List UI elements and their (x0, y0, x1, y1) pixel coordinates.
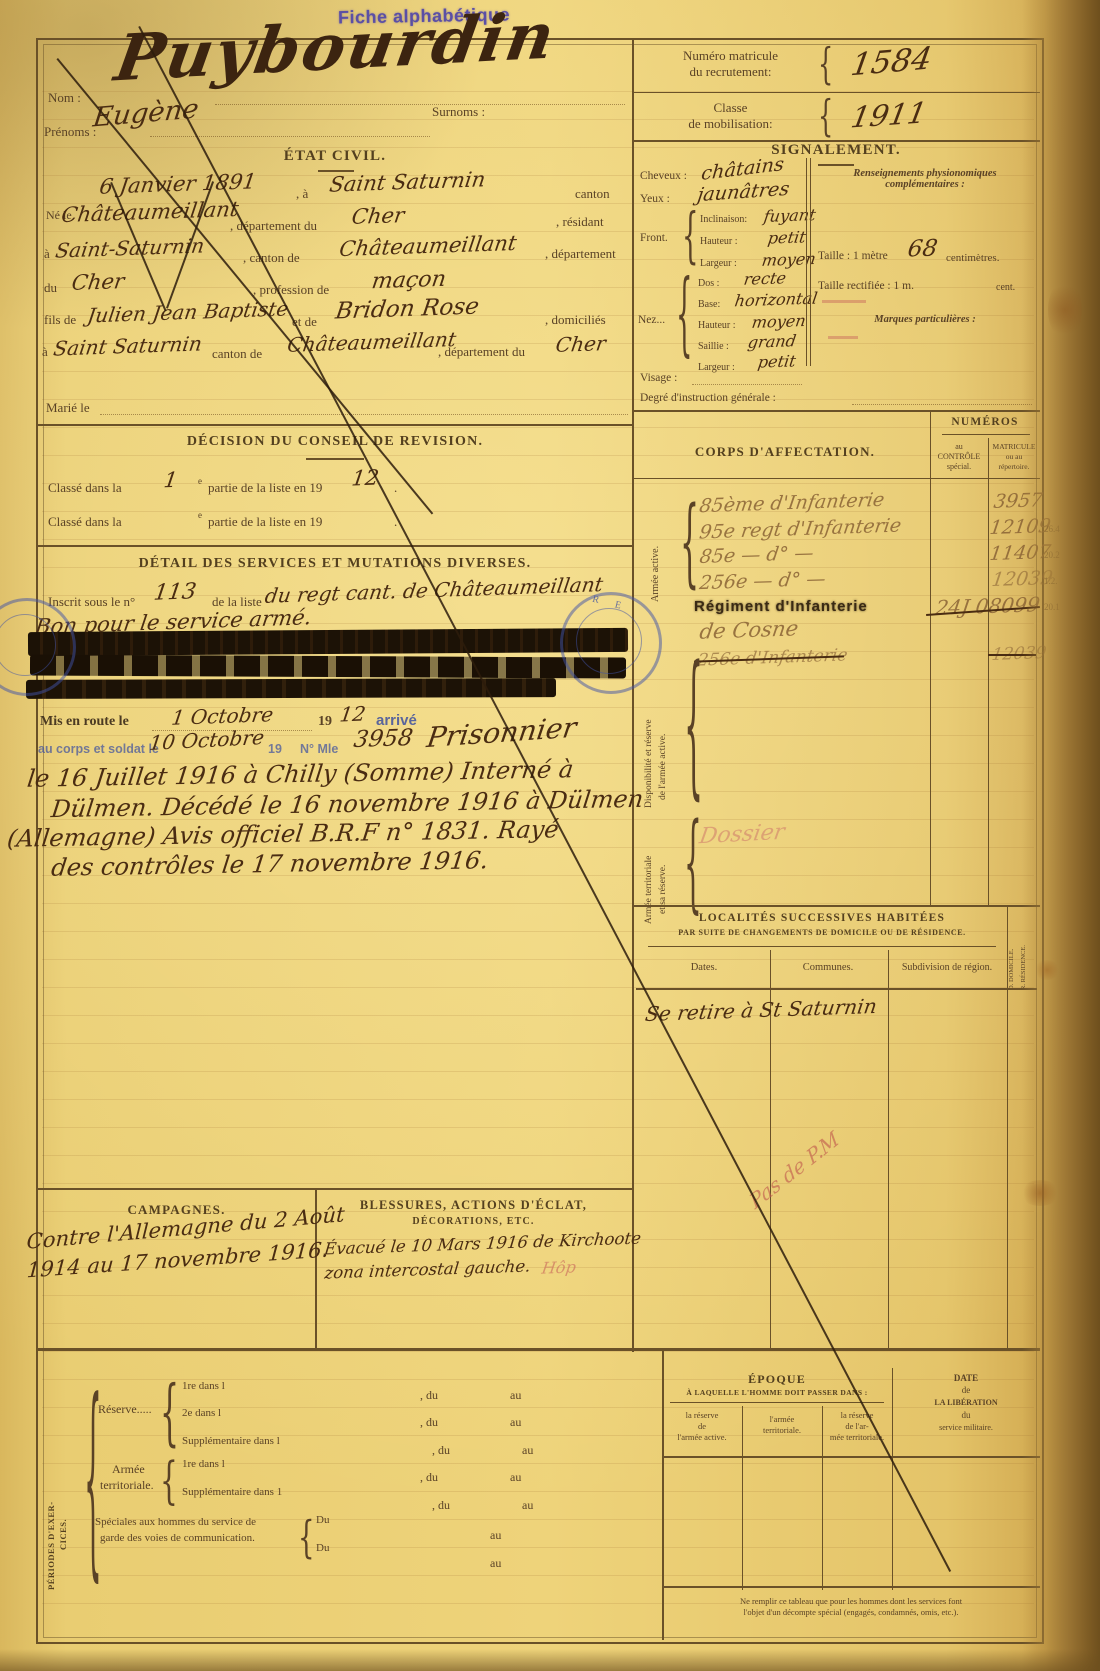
front-label: Front. (640, 232, 668, 244)
red-mark-2 (828, 336, 858, 339)
date-l5: service militaire. (939, 1423, 993, 1432)
etat-civil-title: ÉTAT CIVIL. (38, 148, 632, 165)
au-row-5: au (522, 1498, 533, 1513)
corps-col-divider-1 (930, 412, 931, 906)
epoque-header-bottom (662, 1456, 1040, 1458)
corps-row4-name: 256e — d° — (698, 568, 827, 594)
controle-line1: au (955, 442, 963, 451)
inscrit-label: Inscrit sous le n° (48, 594, 135, 610)
localites-header-bottom (636, 988, 1037, 990)
controle-line2: CONTRÔLE (938, 452, 981, 461)
front-hauteur-label: Hauteur : (700, 236, 738, 247)
au-row-6: au (490, 1528, 501, 1543)
marie-blank-line (100, 414, 628, 415)
signalement-inner-divider-1 (806, 158, 807, 366)
reserve-label: Réserve..... (98, 1402, 152, 1417)
domicilies-label: , domiciliés (545, 312, 606, 328)
epoque-col1-l2: de (698, 1421, 706, 1431)
partie-liste-label-2: partie de la liste en 19 (208, 514, 322, 530)
corps-19-stamp: 19 (268, 742, 282, 756)
front-largeur-label: Largeur : (700, 258, 737, 269)
taille-rectifiee-label: Taille rectifiée : 1 m. (818, 280, 914, 292)
matricule-col-line3: répertoire. (998, 462, 1029, 471)
date-l1: DATE (954, 1373, 978, 1383)
au-row-1: au (510, 1388, 521, 1403)
speciales-label-line1: Spéciales aux hommes du service de (95, 1516, 256, 1528)
classe-dans-la-label-1: Classé dans la (48, 480, 122, 496)
services-title: DÉTAIL DES SERVICES ET MUTATIONS DIVERSE… (38, 556, 632, 572)
nez-largeur-label: Largeur : (698, 362, 735, 373)
military-record-sheet: Fiche alphabétique Puybourdin Nom : Surn… (0, 0, 1100, 1671)
departement-label-2: , département (545, 246, 616, 262)
col-communes-header: Communes. (770, 962, 886, 973)
col-subdivision-header: Subdivision de région. (888, 962, 1006, 973)
territoriale-group-label-2: territoriale. (100, 1478, 154, 1493)
epoque-note-line1: Ne remplir ce tableau que pour les homme… (740, 1596, 962, 1606)
epoque-title-rule (670, 1402, 884, 1403)
visage-blank (692, 384, 802, 385)
corps-title: CORPS D'AFFECTATION. (640, 444, 930, 460)
epoque-col1-l3: l'armée active. (677, 1432, 726, 1442)
territoriale-item-1: 1re dans l (182, 1458, 225, 1470)
matricule-label-line1: Numéro matricule (683, 48, 778, 63)
localites-title-rule (648, 946, 996, 947)
au-corps-stamp-text: au corps et soldat le (38, 742, 159, 756)
reserve-brace (160, 1372, 179, 1456)
classe-brace (818, 91, 833, 141)
red-mark-1 (822, 300, 866, 303)
domicile-departement-hw: Cher (554, 331, 607, 357)
epoque-table-bottom (662, 1586, 1040, 1588)
sup-e-2: e (198, 510, 202, 520)
date-l3: LA LIBÉRATION (934, 1398, 997, 1407)
localites-title: LOCALITÉS SUCCESSIVES HABITÉES (636, 912, 1008, 924)
a-label-1: à (44, 246, 50, 262)
corps-row2-num: 12109 (988, 515, 1052, 539)
epoque-col1-l1: la réserve (686, 1410, 719, 1420)
margin-note-4: 20.1 (1044, 602, 1060, 612)
nez-hauteur-label: Hauteur : (698, 320, 736, 331)
margin-note-3: 1.2. (1044, 576, 1058, 586)
inclinaison-value: fuyant (763, 205, 818, 226)
sup-e-1: e (198, 476, 202, 486)
du-row-4: , du (420, 1470, 438, 1485)
campagnes-top-divider (38, 1188, 632, 1190)
redaction-bar-2 (30, 654, 626, 678)
cheveux-label: Cheveux : (640, 170, 687, 182)
nom-blank-line (215, 104, 625, 105)
corps-matricule-hw: 3958 (352, 725, 415, 753)
prenoms-label: Prénoms : (44, 124, 96, 140)
nez-label: Nez... (638, 314, 665, 326)
date-l4: du (962, 1410, 971, 1420)
numeros-title: NUMÉROS (930, 416, 1040, 428)
struck-num-line (988, 654, 1036, 656)
matricule-value: 1584 (848, 41, 934, 84)
blue-round-stamp-right-inner (576, 608, 642, 674)
epoque-col3-l2: de l'ar- (845, 1421, 868, 1431)
blessures-title-line1: BLESSURES, ACTIONS D'ÉCLAT, (315, 1198, 632, 1213)
nez-largeur-value: petit (757, 351, 798, 371)
a-label-2: à (42, 344, 48, 360)
localites-top-divider (632, 905, 1040, 907)
localites-vline-3 (1007, 907, 1008, 1348)
periodes-vertical-label-2: CICES. (58, 1470, 68, 1550)
nez-hauteur-value: moyen (751, 311, 808, 332)
reserve-item-2: 2e dans l (182, 1407, 221, 1419)
nez-dos-value: recte (743, 268, 788, 288)
corps-header-bottom-rule (632, 478, 1040, 479)
epoque-col2-l1: l'armée (770, 1414, 795, 1424)
prenoms-blank-line (150, 136, 430, 137)
du-row-5: , du (432, 1498, 450, 1513)
matricule-col-header: MATRICULE ou au répertoire. (988, 442, 1040, 472)
epoque-vline-3 (892, 1368, 893, 1590)
yeux-label: Yeux : (640, 193, 670, 205)
epoque-col1-header: la réserve de l'armée active. (662, 1410, 742, 1443)
taille-unit-label: centimètres. (946, 252, 999, 264)
epoque-col2-l2: territoriale. (763, 1425, 801, 1435)
profession-label: , profession de (253, 282, 329, 298)
epoque-title: ÉPOQUE (662, 1372, 892, 1387)
mis-en-route-label: Mis en route le (40, 714, 129, 730)
taille-value: 68 (906, 235, 939, 262)
controle-col-header: au CONTRÔLE spécial. (930, 442, 988, 472)
stain-3 (1048, 280, 1082, 340)
du-row-3: , du (432, 1443, 450, 1458)
corps-col-divider-2 (988, 438, 989, 906)
periodes-vertical-label-1: PÉRIODES D'EXER- (46, 1420, 56, 1590)
blessures-red-note: Hôp (541, 1257, 578, 1277)
canton-de-label-2: canton de (212, 346, 262, 362)
col-dates-header: Dates. (640, 962, 768, 973)
corps-row3-num: 11407 (988, 541, 1052, 565)
corps-top-divider (632, 410, 1040, 412)
nez-saillie-label: Saillie : (698, 341, 729, 352)
disponibilite-label-line1: Disponibilité et réserve (644, 648, 654, 808)
regiment-stamp-hw: de Cosne (698, 616, 800, 643)
renseignements-line2: complémentaires : (885, 179, 965, 190)
marques-label: Marques particulières : (815, 314, 1035, 325)
au-row-2: au (510, 1415, 521, 1430)
classe-label-line2: de mobilisation: (688, 116, 772, 131)
header-row-divider (632, 92, 1040, 93)
au-row-4: au (510, 1470, 521, 1485)
speciales-label-line2: garde des voies de communication. (100, 1532, 255, 1544)
dot-1: . (394, 480, 397, 496)
localites-vline-2 (888, 950, 889, 1348)
corps-row3-name: 85e — d° — (698, 542, 815, 568)
au-row-7: au (490, 1556, 501, 1571)
territoriale-group-brace (160, 1451, 178, 1510)
regiment-stamp-text: Régiment d'Infanterie (694, 598, 868, 615)
marie-label: Marié le (46, 400, 90, 416)
fils-de-label: fils de (44, 312, 76, 328)
taille-rectifiee-unit: cent. (996, 282, 1015, 293)
epoque-note-line2: l'objet d'un décompte spécial (engagés, … (743, 1607, 958, 1617)
header-vertical-divider (632, 38, 634, 1352)
front-hauteur-value: petit (767, 227, 808, 247)
bottom-section-divider (38, 1348, 1040, 1351)
birth-departement-hw: Cher (350, 203, 406, 229)
nom-label: Nom : (48, 90, 81, 106)
decision-title-rule (306, 458, 364, 460)
epoque-footnote: Ne remplir ce tableau que pour les homme… (666, 1596, 1036, 1618)
visage-label: Visage : (640, 372, 677, 384)
reserve-item-1: 1re dans l (182, 1380, 225, 1392)
territoriale-item-2: Supplémentaire dans 1 (182, 1486, 282, 1498)
numeros-underline (942, 434, 1030, 435)
reserve-item-3: Supplémentaire dans l (182, 1435, 280, 1447)
route-19-label: 19 (318, 714, 332, 730)
liberation-date-header: DATE de LA LIBÉRATION du service militai… (892, 1372, 1040, 1434)
birth-at-label: , à (296, 186, 308, 202)
inclinaison-label: Inclinaison: (700, 214, 747, 225)
signalement-inner-divider-2 (810, 158, 811, 366)
signalement-title-rule (818, 164, 854, 166)
epoque-vline-1 (742, 1406, 743, 1590)
localites-subtitle: PAR SUITE DE CHANGEMENTS DE DOMICILE OU … (636, 928, 1008, 937)
col-domicile-header: D. DOMICILE. (1008, 910, 1015, 990)
nez-saillie-value: grand (747, 331, 798, 352)
route-year-hw: 12 (338, 702, 367, 727)
classe-label: Classe de mobilisation: (648, 100, 813, 132)
residence-departement-hw: Cher (70, 269, 126, 295)
armee-active-brace (680, 489, 699, 601)
speciales-item-1: Du (316, 1514, 329, 1526)
partie-liste-label-1: partie de la liste en 19 (208, 480, 322, 496)
territoriale-group-label-1: Armée (112, 1462, 145, 1477)
decision-top-divider (38, 424, 632, 426)
degre-blank (852, 404, 1032, 405)
corps-mle-stamp: N° Mle (300, 742, 338, 756)
disponibilite-label-line2: de l'armée active. (658, 660, 668, 800)
margin-note-1: 26.4 (1044, 524, 1060, 534)
front-brace (682, 203, 699, 272)
decision-title: DÉCISION DU CONSEIL DE REVISION. (38, 434, 632, 450)
classe-label-line1: Classe (714, 100, 748, 115)
canton-label: canton (575, 186, 610, 202)
profession-hw: maçon (370, 267, 448, 295)
degre-label: Degré d'instruction générale : (640, 392, 776, 404)
matricule-brace (818, 39, 833, 89)
residant-label: , résidant (556, 214, 604, 230)
surnoms-label: Surnoms : (432, 104, 485, 120)
mother-name-hw: Bridon Rose (334, 294, 481, 325)
du-row-1: , du (420, 1388, 438, 1403)
corps-row1-num: 3957 (992, 489, 1044, 513)
armee-active-label: Armée active. (650, 502, 661, 602)
epoque-col2-header: l'armée territoriale. (742, 1414, 822, 1436)
du-label: du (44, 280, 57, 296)
blessures-title-line2: DÉCORATIONS, ETC. (315, 1216, 632, 1227)
renseignements-line1: Renseignements physionomiques (853, 168, 996, 179)
disponibilite-brace (684, 637, 703, 819)
dossier-red-hw: Dossier (698, 820, 787, 849)
nez-base-label: Base: (698, 299, 720, 310)
signalement-title: SIGNALEMENT. (632, 142, 1040, 159)
date-l2: de (962, 1385, 971, 1395)
controle-line3: spécial. (947, 462, 971, 471)
renseignements-title: Renseignements physionomiques complément… (815, 168, 1035, 190)
du-row-2: , du (420, 1415, 438, 1430)
redaction-bar-1 (28, 628, 628, 656)
territoriale-label-line2: et sa réserve. (658, 804, 668, 914)
departement-du-label: , département du (438, 344, 525, 360)
nez-brace (676, 264, 693, 369)
inscrit-num-hw: 113 (152, 579, 198, 605)
front-largeur-value: moyen (761, 249, 818, 270)
classe-dans-la-label-2: Classé dans la (48, 514, 122, 530)
epoque-vline-2 (822, 1406, 823, 1590)
page-bottom-shadow (0, 1649, 1100, 1671)
canton-de-label-1: , canton de (243, 250, 300, 266)
matricule-label: Numéro matricule du recrutement: (648, 48, 813, 80)
col-residence-header: R. RÉSIDENCE. (1020, 910, 1027, 990)
services-top-divider (38, 545, 632, 547)
taille-label: Taille : 1 mètre (818, 250, 888, 262)
matricule-col-line2: ou au (1006, 452, 1022, 461)
margin-note-2: 20.2 (1044, 550, 1060, 560)
matricule-col-line1: MATRICULE (993, 442, 1036, 451)
matricule-label-line2: du recrutement: (690, 64, 772, 79)
classe-value: 1911 (848, 95, 929, 134)
speciales-item-2: Du (316, 1542, 329, 1554)
nez-dos-label: Dos : (698, 278, 719, 289)
speciales-brace (298, 1514, 315, 1565)
au-row-3: au (522, 1443, 533, 1458)
redaction-bar-3 (26, 678, 556, 699)
